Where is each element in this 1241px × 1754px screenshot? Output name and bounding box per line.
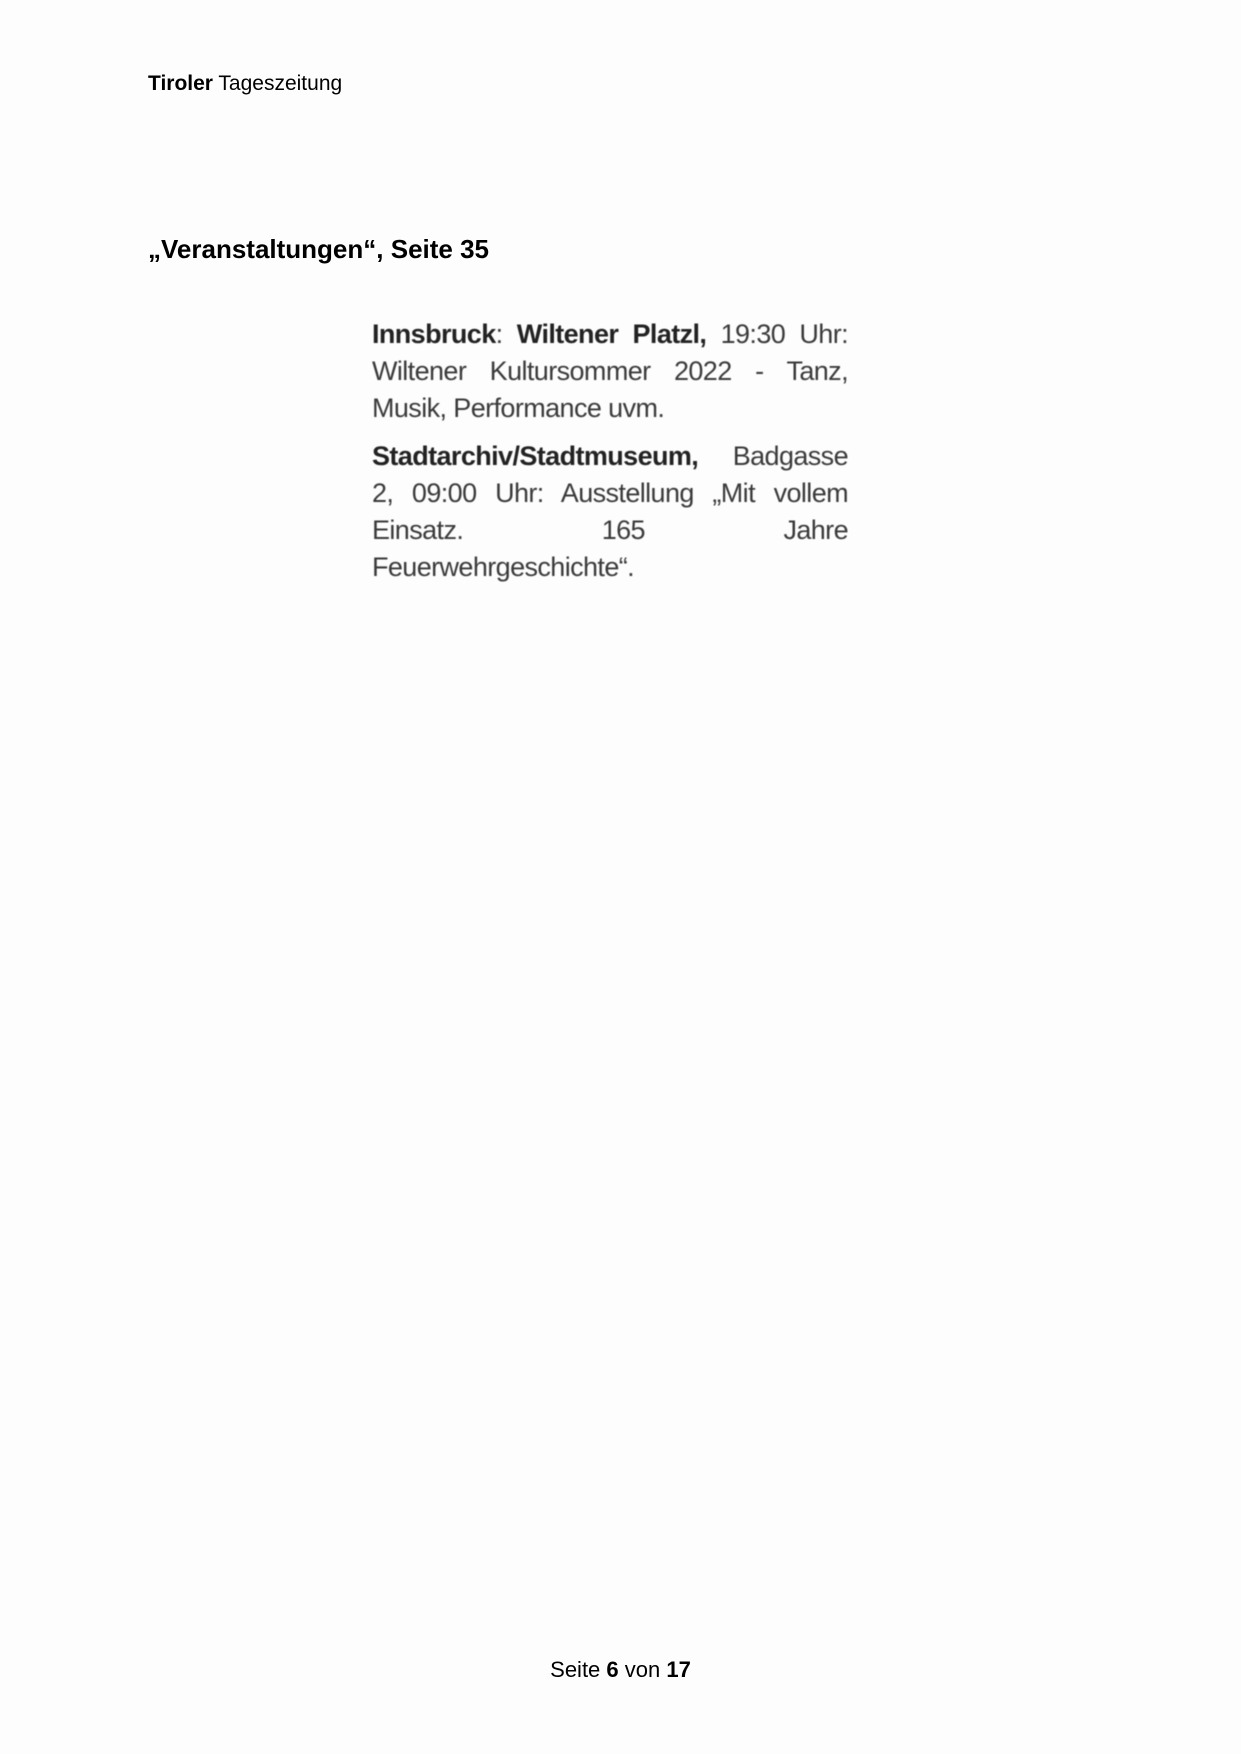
event-separator: : — [496, 319, 517, 349]
total-page-count: 17 — [666, 1657, 690, 1682]
publication-header: Tiroler Tageszeitung — [148, 72, 342, 96]
section-title: „Veranstaltungen“, Seite 35 — [148, 234, 489, 265]
newspaper-clipping: Innsbruck: Wiltener Platzl, 19:30 Uhr: W… — [372, 316, 848, 597]
current-page-number: 6 — [606, 1657, 618, 1682]
event-venue: Stadtarchiv/Stadtmuseum, — [372, 441, 698, 471]
event-entry: Stadtarchiv/Stadtmuseum, Badgasse 2, 09:… — [372, 438, 848, 586]
event-venue: Wiltener Platzl, — [517, 319, 707, 349]
event-entry: Innsbruck: Wiltener Platzl, 19:30 Uhr: W… — [372, 316, 848, 427]
event-place: Innsbruck — [372, 319, 496, 349]
publication-name-regular: Tageszeitung — [213, 72, 342, 95]
page-of-label: von — [619, 1657, 667, 1682]
page-footer: Seite 6 von 17 — [0, 1657, 1241, 1683]
page-label: Seite — [550, 1657, 606, 1682]
publication-name-bold: Tiroler — [148, 72, 213, 95]
